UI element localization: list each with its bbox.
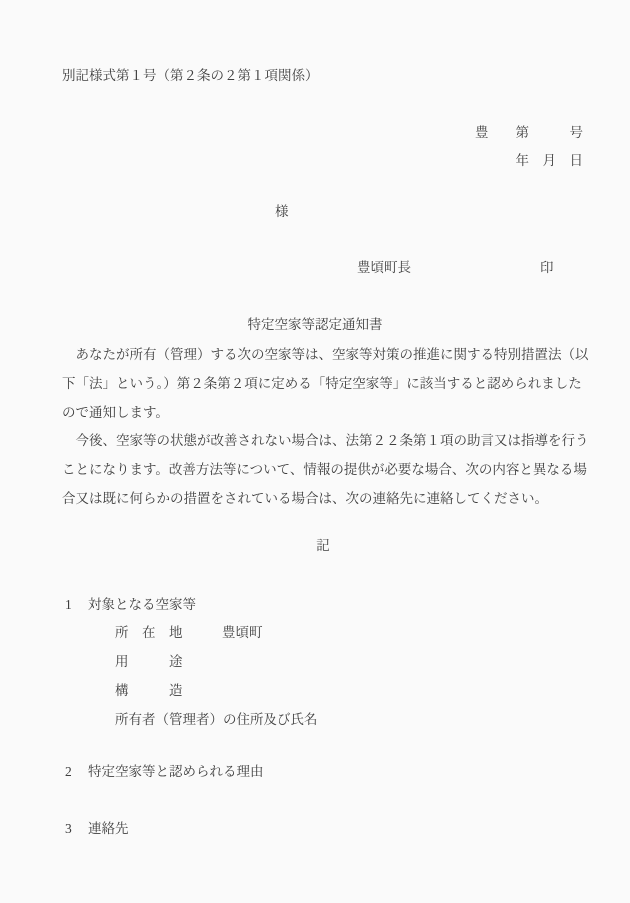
- document-title: 特定空家等認定通知書: [0, 310, 630, 339]
- document-number-line: 豊 第 号: [475, 118, 583, 147]
- section-1-structure-label: 構 造: [115, 676, 183, 705]
- section-2-number: 2: [65, 757, 72, 786]
- section-3-heading: 連絡先: [88, 814, 129, 843]
- paragraph-2-line-2: ことになります。改善方法等について、情報の提供が必要な場合、次の内容と異なる場: [62, 455, 602, 484]
- paragraph-2-line-3: 合又は既に何らかの措置をされている場合は、次の連絡先に連絡してください。: [62, 484, 602, 513]
- recipient-honorific: 様: [275, 197, 289, 226]
- section-2-heading: 特定空家等と認められる理由: [88, 757, 264, 786]
- paragraph-1-line-1: あなたが所有（管理）する次の空家等は、空家等対策の推進に関する特別措置法（以: [62, 340, 602, 369]
- section-1-use-label: 用 途: [115, 647, 183, 676]
- section-1-number: 1: [65, 590, 72, 619]
- paragraph-1-line-3: ので通知します。: [62, 398, 602, 427]
- section-1-location-label: 所 在 地: [115, 618, 183, 647]
- paragraph-1-line-2: 下「法」という。）第２条第２項に定める「特定空家等」に該当すると認められました: [62, 369, 602, 398]
- section-1-owner-label: 所有者（管理者）の住所及び氏名: [115, 705, 318, 734]
- paragraph-1: あなたが所有（管理）する次の空家等は、空家等対策の推進に関する特別措置法（以 下…: [62, 340, 602, 427]
- section-1-location-value: 豊頃町: [222, 618, 263, 647]
- paragraph-2-line-1: 今後、空家等の状態が改善されない場合は、法第２２条第１項の助言又は指導を行う: [62, 426, 602, 455]
- date-line: 年 月 日: [516, 146, 584, 175]
- document-page: 別記様式第１号（第２条の２第１項関係） 豊 第 号 年 月 日 様 豊頃町長 印…: [0, 0, 630, 903]
- section-3-number: 3: [65, 814, 72, 843]
- form-reference-number: 別記様式第１号（第２条の２第１項関係）: [62, 61, 319, 90]
- seal-mark: 印: [540, 253, 554, 282]
- section-1-heading: 対象となる空家等: [88, 590, 196, 619]
- ki-marker: 記: [0, 531, 630, 560]
- sender-title: 豊頃町長: [357, 253, 411, 282]
- paragraph-2: 今後、空家等の状態が改善されない場合は、法第２２条第１項の助言又は指導を行う こ…: [62, 426, 602, 513]
